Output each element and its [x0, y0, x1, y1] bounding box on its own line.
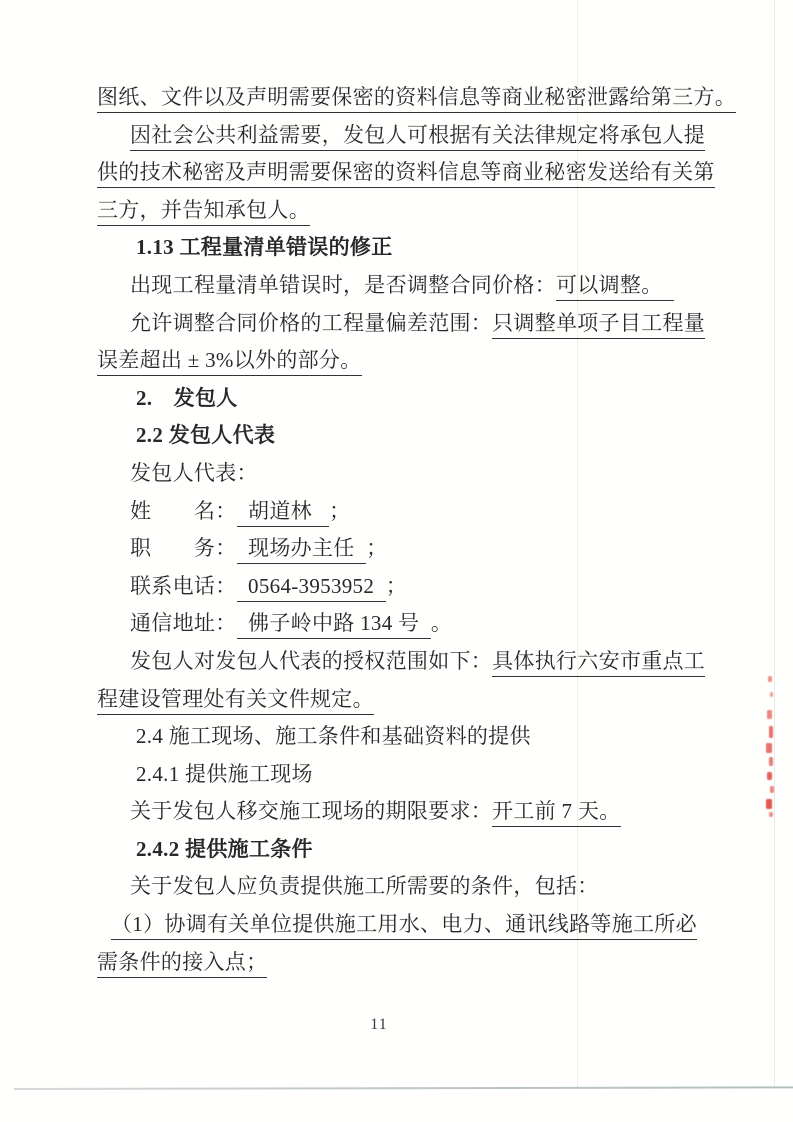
address-field-line: 通信地址： 佛子岭中路 134 号 。 [97, 605, 697, 643]
underlined-text: 三方，并告知承包人。 [97, 198, 310, 226]
name-field-value: 胡道林 [237, 499, 330, 527]
page-edge-line [774, 0, 775, 1089]
underlined-text: 因社会公共利益需要，发包人可根据有关法律规定将承包人提 [130, 123, 705, 151]
heading-text: 2.4.1 提供施工现场 [136, 762, 313, 786]
red-seal-fragment [766, 743, 772, 753]
price-adjustment-line: 出现工程量清单错误时，是否调整合同价格：可以调整。 [97, 267, 697, 305]
red-seal-fragment [767, 772, 772, 780]
line-suffix: ； [386, 574, 407, 598]
public-interest-clause-line-1: 因社会公共利益需要，发包人可根据有关法律规定将承包人提 [97, 117, 697, 155]
red-seal-fragment [770, 786, 774, 793]
line-suffix: ； [366, 536, 387, 560]
field-label: 职 务： [130, 536, 237, 560]
public-interest-clause-line-3: 三方，并告知承包人。 [97, 192, 697, 230]
red-seal-fragment [769, 757, 773, 766]
underlined-text: 误差超出 ± 3%以外的部分。 [97, 348, 362, 376]
address-field-value: 佛子岭中路 134 号 [237, 611, 431, 639]
name-field-line: 姓 名： 胡道林 ； [97, 493, 697, 531]
section-2-heading: 2. 发包人 [97, 380, 697, 418]
field-label: 姓 名： [130, 499, 237, 523]
underlined-text: （1）协调有关单位提供施工用水、电力、通讯线路等施工所必 [111, 912, 697, 940]
underlined-text: 具体执行六安市重点工 [492, 649, 705, 677]
heading-text: 2.4.2 提供施工条件 [136, 837, 313, 861]
phone-field-line: 联系电话： 0564-3953952 ； [97, 568, 697, 606]
line-text: 关于发包人移交施工现场的期限要求： [130, 799, 492, 823]
deviation-range-line-2: 误差超出 ± 3%以外的部分。 [97, 342, 697, 380]
underlined-text: 程建设管理处有关文件规定。 [97, 687, 374, 715]
heading-text: 2.2 发包人代表 [136, 423, 275, 447]
red-seal-fragment [769, 726, 773, 738]
authorization-scope-line-2: 程建设管理处有关文件规定。 [97, 681, 697, 719]
page-number: 11 [0, 1016, 758, 1034]
red-seal-fragment [768, 676, 772, 682]
heading-text: 1.13 工程量清单错误的修正 [136, 235, 393, 259]
section-2-4-1-heading: 2.4.1 提供施工现场 [97, 756, 697, 794]
field-label: 联系电话： [130, 574, 237, 598]
underlined-text: 可以调整。 [556, 273, 674, 301]
clause-1-13-heading: 1.13 工程量清单错误的修正 [97, 229, 697, 267]
site-handover-deadline-line: 关于发包人移交施工现场的期限要求：开工前 7 天。 [97, 793, 697, 831]
condition-item-1-line-2: 需条件的接入点； [97, 944, 697, 982]
red-seal-fragment [770, 692, 773, 697]
section-2-4-heading: 2.4 施工现场、施工条件和基础资料的提供 [97, 718, 697, 756]
line-text: 出现工程量清单错误时，是否调整合同价格： [130, 273, 556, 297]
document-page: 图纸、文件以及声明需要保密的资料信息等商业秘密泄露给第三方。 因社会公共利益需要… [0, 0, 793, 1122]
section-2-4-2-heading: 2.4.2 提供施工条件 [97, 831, 697, 869]
document-body: 图纸、文件以及声明需要保密的资料信息等商业秘密泄露给第三方。 因社会公共利益需要… [97, 79, 697, 981]
line-suffix: 。 [431, 611, 452, 635]
line-text: 允许调整合同价格的工程量偏差范围： [130, 311, 492, 335]
line-text: 关于发包人应负责提供施工所需要的条件，包括： [130, 874, 599, 898]
page-bottom-edge-shadow [14, 1086, 793, 1090]
line-text: 发包人对发包人代表的授权范围如下： [130, 649, 492, 673]
deviation-range-line-1: 允许调整合同价格的工程量偏差范围：只调整单项子目工程量 [97, 305, 697, 343]
position-field-value: 现场办主任 [237, 536, 367, 564]
red-seal-fragment [766, 799, 772, 809]
employer-representative-label: 发包人代表： [97, 455, 697, 493]
underlined-text: 需条件的接入点； [97, 950, 267, 978]
public-interest-clause-line-2: 供的技术秘密及声明需要保密的资料信息等商业秘密发送给有关第 [97, 154, 697, 192]
line-text: 发包人代表： [130, 461, 258, 485]
heading-text: 2. 发包人 [136, 386, 238, 410]
section-2-2-heading: 2.2 发包人代表 [97, 417, 697, 455]
position-field-line: 职 务： 现场办主任 ； [97, 530, 697, 568]
field-label: 通信地址： [130, 611, 237, 635]
underlined-text: 开工前 7 天。 [492, 799, 620, 827]
underlined-text: 图纸、文件以及声明需要保密的资料信息等商业秘密泄露给第三方。 [97, 85, 736, 113]
construction-conditions-intro-line: 关于发包人应负责提供施工所需要的条件，包括： [97, 868, 697, 906]
heading-text: 2.4 施工现场、施工条件和基础资料的提供 [136, 724, 531, 748]
red-seal-fragment [767, 710, 772, 719]
red-seal-fragment [769, 812, 773, 817]
line-suffix: ； [329, 499, 350, 523]
confidentiality-clause-line-1: 图纸、文件以及声明需要保密的资料信息等商业秘密泄露给第三方。 [97, 79, 697, 117]
phone-field-value: 0564-3953952 [237, 574, 386, 602]
authorization-scope-line-1: 发包人对发包人代表的授权范围如下：具体执行六安市重点工 [97, 643, 697, 681]
condition-item-1-line-1: （1）协调有关单位提供施工用水、电力、通讯线路等施工所必 [97, 906, 697, 944]
underlined-text: 供的技术秘密及声明需要保密的资料信息等商业秘密发送给有关第 [97, 160, 715, 188]
underlined-text: 只调整单项子目工程量 [492, 311, 705, 339]
